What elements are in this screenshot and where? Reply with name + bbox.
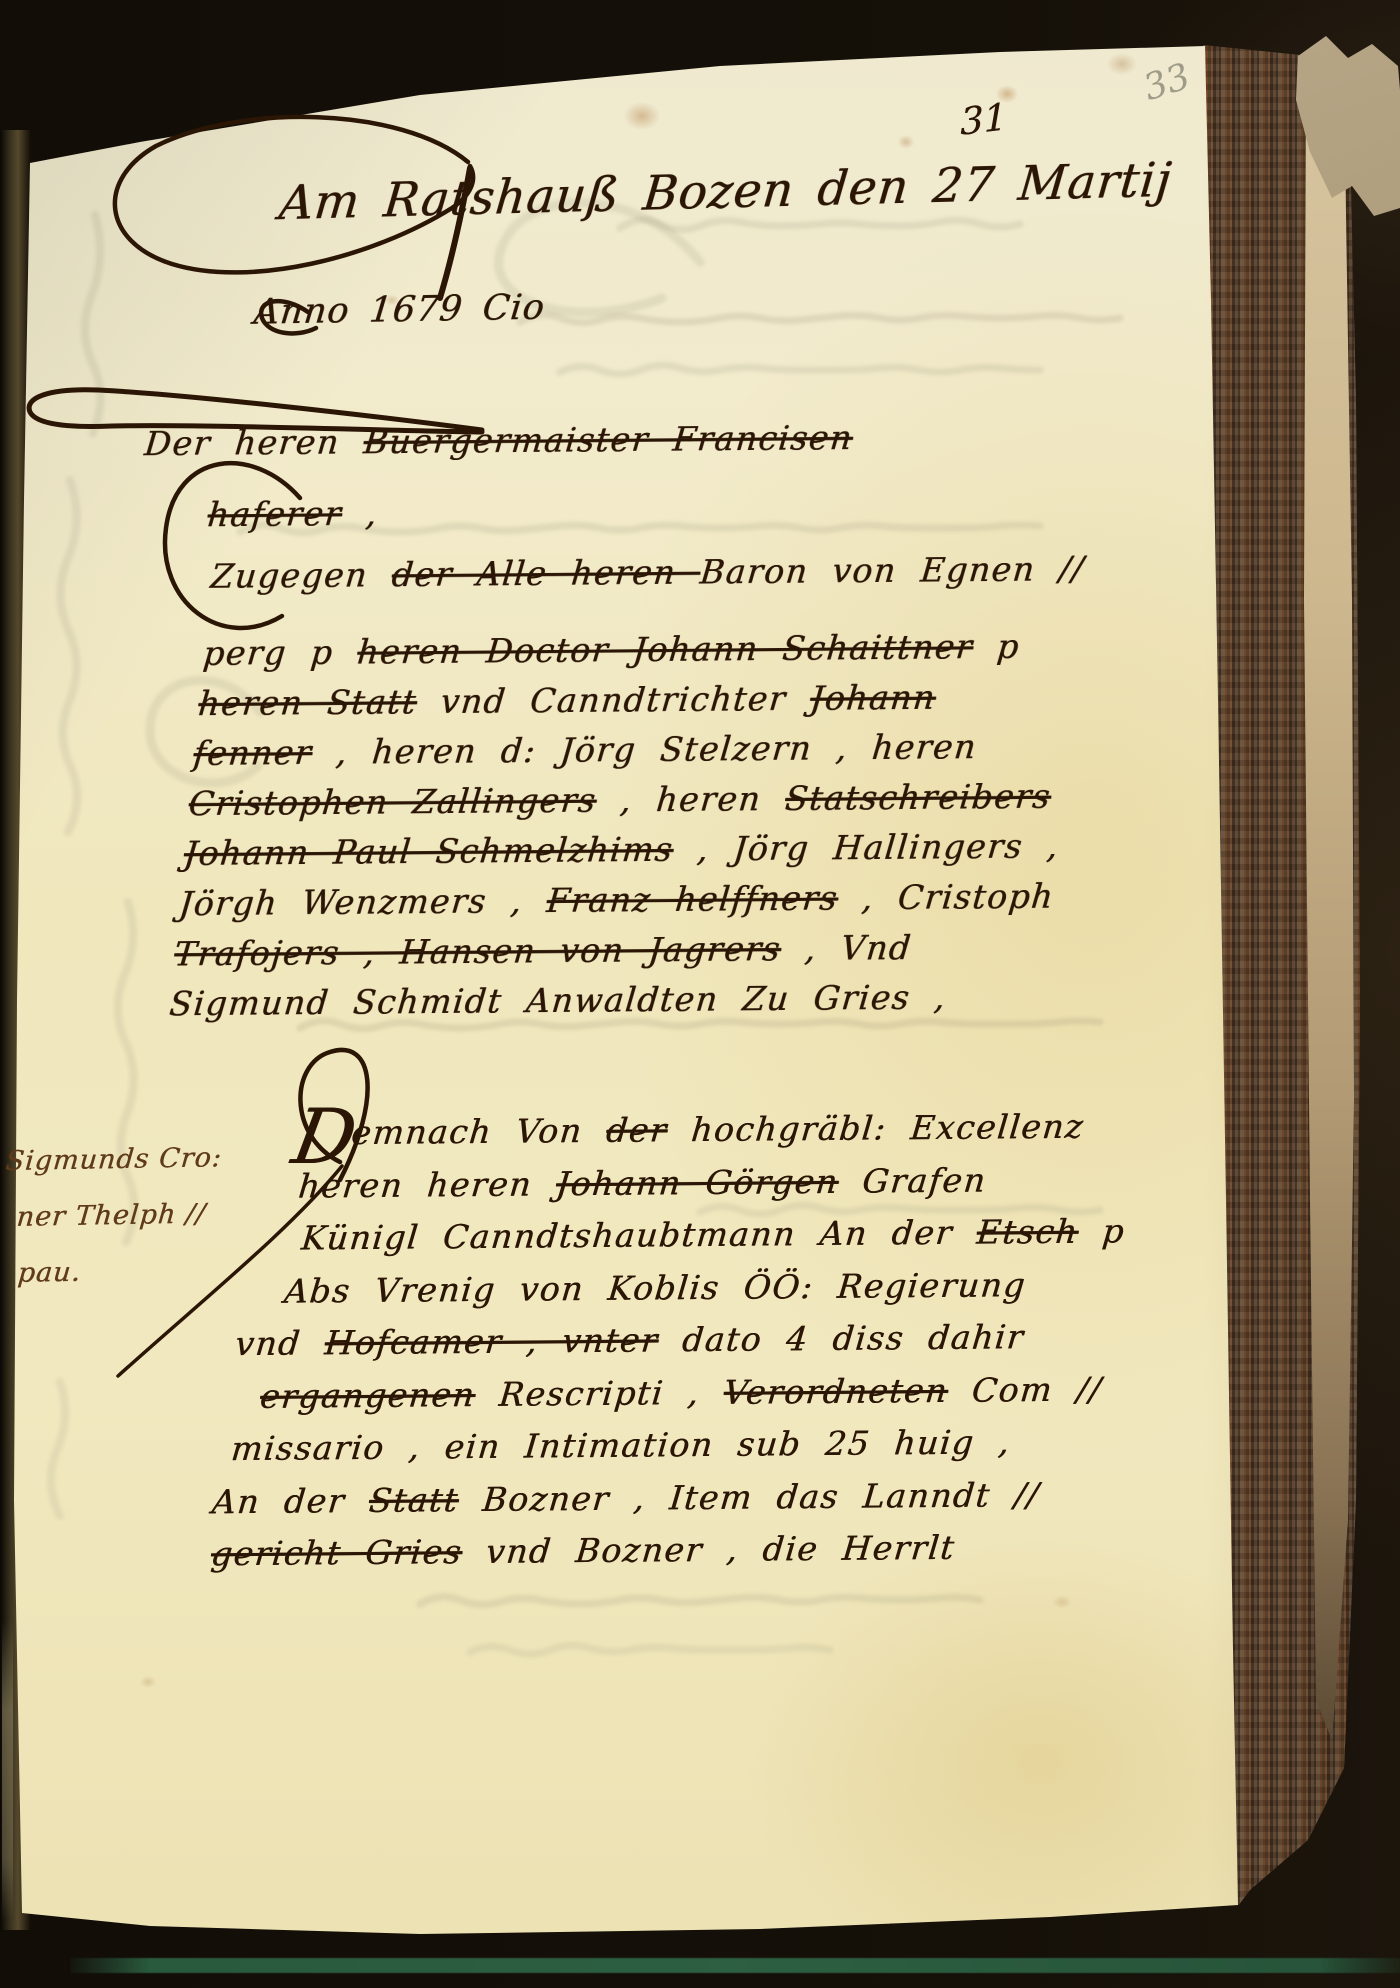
text-segment: Sigmunds Cro: <box>4 1142 223 1177</box>
struck-text-segment: Statschreibers <box>783 777 1052 818</box>
manuscript-line: Johann Paul Schmelzhims , Jörg Hallinger… <box>181 822 1061 880</box>
manuscript-line: Der heren Buergermaister Francisen <box>141 402 856 480</box>
struck-text-segment: Johann Paul Schmelzhims <box>182 830 675 873</box>
manuscript-line: ner Thelph // <box>0 1186 219 1246</box>
struck-text-segment: Statt <box>367 1480 460 1520</box>
manuscript-line: pau. <box>0 1242 215 1302</box>
text-segment: perg p <box>201 633 359 673</box>
text-segment: , heren <box>595 779 788 820</box>
text-segment: , <box>340 494 380 533</box>
text-segment: vnd <box>233 1323 326 1363</box>
text-segment: Zugegen <box>209 555 394 596</box>
opening-paragraph: Der heren Buergermaister Francisenhafere… <box>134 402 856 552</box>
left-binding-highlight <box>2 1620 13 1920</box>
text-segment: ner Thelph // <box>15 1199 207 1233</box>
text-segment: Sigmund Schmidt Anwaldten Zu Gries , <box>168 978 949 1024</box>
manuscript-line: perg p heren Doctor Johann Schaittner p <box>201 621 1081 679</box>
struck-text-segment: Hofcamer , vnter <box>323 1320 660 1362</box>
text-segment: , Cristoph <box>836 877 1056 918</box>
manuscript-line: haferer , <box>134 474 849 552</box>
manuscript-line: heren heren Johann Görgen Grafen <box>240 1153 1133 1213</box>
text-segment: Com // <box>946 1369 1104 1409</box>
text-segment: vnd Bozner , die Herrlt <box>460 1528 957 1571</box>
text-segment: Baron von Egnen // <box>698 549 1086 591</box>
text-segment: pau. <box>16 1257 82 1289</box>
text-segment: hochgräbl: Excellenz <box>665 1107 1085 1150</box>
struck-text-segment: Franz helffners <box>545 879 840 921</box>
struck-text-segment: fenner <box>192 733 314 773</box>
bottom-green-band <box>70 1958 1400 1973</box>
struck-text-segment: der Alle heren <box>390 553 702 595</box>
text-segment: Rescripti , <box>473 1372 725 1413</box>
struck-text-segment: heren Doctor Johann Schaittner <box>356 627 975 671</box>
heading-year: Anno 1679 Cio <box>252 288 547 333</box>
text-segment: missario , ein Intimation sub 25 huig , <box>229 1422 1012 1468</box>
manuscript-photo: Am Ratshauß Bozen den 27 Martij Anno 167… <box>0 0 1400 1988</box>
struck-text-segment: Cristophen Zallingers <box>187 781 598 824</box>
text-segment: , heren d: Jörg Stelzern , heren <box>310 727 978 772</box>
text-segment: Abs Vrenig von Koblis ÖÖ: Regierung <box>282 1265 1027 1311</box>
struck-text-segment: Etsch <box>975 1212 1080 1252</box>
manuscript-line: vnd Hofcamer , vnter dato 4 diss dahir <box>225 1310 1118 1370</box>
text-segment: heren heren <box>297 1164 558 1205</box>
text-segment: , Jörg Hallingers , <box>671 827 1060 869</box>
text-segment: Der heren <box>143 422 366 463</box>
margin-note: Sigmunds Cro:ner Thelph //pau. <box>0 1130 224 1302</box>
text-segment: dato 4 diss dahir <box>656 1317 1026 1359</box>
struck-text-segment: Johann <box>808 678 937 718</box>
struck-text-segment: ergangenen <box>258 1375 477 1416</box>
struck-text-segment: Johann Görgen <box>554 1161 840 1202</box>
text-segment: Künigl Canndtshaubtmann An der <box>300 1213 979 1258</box>
manuscript-line: gericht Gries vnd Bozner , die Herrlt <box>204 1521 1097 1581</box>
text-segment: An der <box>210 1480 371 1520</box>
manuscript-line: Cristophen Zallingers , heren Statschrei… <box>186 772 1066 830</box>
manuscript-line: heren Statt vnd Canndtrichter Johann <box>196 671 1076 729</box>
struck-text-segment: heren Statt <box>197 682 419 723</box>
struck-text-segment: gericht Gries <box>209 1532 464 1573</box>
manuscript-line: ergangenen Rescripti , Verordneten Com /… <box>220 1363 1113 1423</box>
struck-text-segment: Verordneten <box>722 1370 950 1411</box>
struck-text-segment: Buergermaister Francisen <box>362 418 855 461</box>
manuscript-line: Jörgh Wenzmers , Franz helffners , Crist… <box>177 872 1057 930</box>
text-segment: p <box>1076 1211 1126 1250</box>
text-segment: vnd Canndtrichter <box>415 679 812 721</box>
text-segment: p <box>971 627 1021 666</box>
manuscript-line: fenner , heren d: Jörg Stelzern , heren <box>191 722 1071 780</box>
text-segment: emnach Von <box>350 1111 609 1152</box>
struck-text-segment: der <box>605 1110 670 1150</box>
attendees-paragraph: Zugegen der Alle heren Baron von Egnen /… <box>167 544 1088 1029</box>
manuscript-line: An der Statt Bozner , Item das Lanndt // <box>210 1468 1103 1528</box>
text-segment: Jörgh Wenzmers , <box>177 881 548 923</box>
manuscript-line: Künigl Canndtshaubtmann An der Etsch p <box>235 1205 1128 1265</box>
text-segment: , Vnd <box>779 928 913 968</box>
manuscript-line: emnach Von der hochgräbl: Excellenz <box>245 1100 1138 1160</box>
manuscript-line: Trafojers , Hansen von Jagrers , Vnd <box>172 922 1052 980</box>
page-number: 31 <box>960 95 1007 144</box>
manuscript-line: missario , ein Intimation sub 25 huig , <box>215 1416 1108 1476</box>
manuscript-line: Sigmunds Cro: <box>3 1130 224 1190</box>
resolution-paragraph: emnach Von der hochgräbl: Excellenzheren… <box>204 1100 1137 1581</box>
text-segment: Grafen <box>837 1160 989 1200</box>
struck-text-segment: haferer <box>206 494 344 534</box>
manuscript-line: Abs Vrenig von Koblis ÖÖ: Regierung <box>230 1258 1123 1318</box>
manuscript-line: Zugegen der Alle heren Baron von Egnen /… <box>208 544 1088 602</box>
manuscript-line: Sigmund Schmidt Anwaldten Zu Gries , <box>167 972 1047 1030</box>
text-segment: Bozner , Item das Lanndt // <box>457 1475 1042 1519</box>
struck-text-segment: Trafojers , Hansen von Jagrers <box>172 929 782 973</box>
